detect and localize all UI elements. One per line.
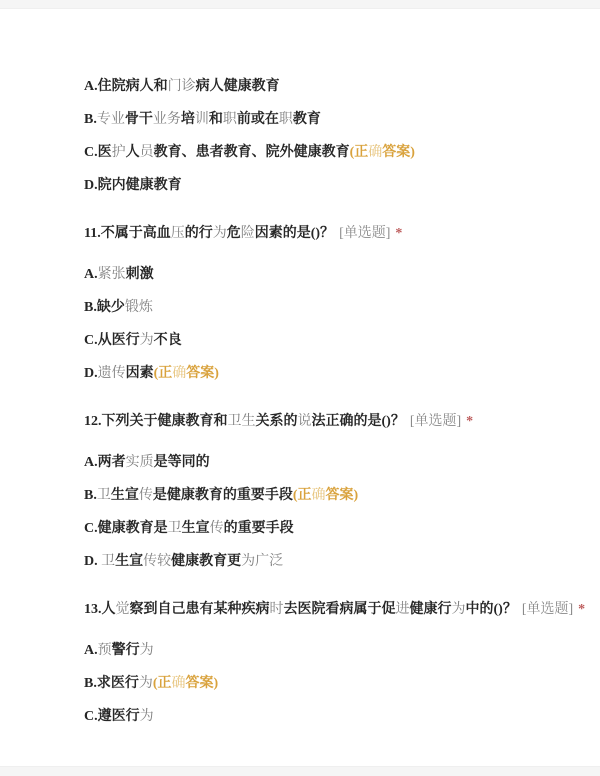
question-block: A.住院病人和门诊病人健康教育B.专业骨干业务培训和职前或在职教育C.医护人员教…	[84, 76, 572, 196]
text-segment: 紧张	[98, 267, 126, 282]
text-segment: 觉	[116, 602, 130, 617]
text-segment: A.两者	[84, 455, 126, 470]
option-row-a: A.两者实质是等同的	[84, 452, 572, 473]
correct-answer-tag: (正确答案)	[350, 145, 415, 160]
text-segment: 护	[112, 145, 126, 160]
option-row-d: D. 卫生宣传较健康教育更为广泛	[84, 551, 572, 572]
text-segment: 的重要手段	[224, 521, 294, 536]
text-segment: 是健康教育的重要手段	[153, 488, 293, 503]
text-segment: C.从医行	[84, 333, 140, 348]
text-segment: 为	[140, 709, 154, 724]
text-segment: 锻炼	[125, 300, 153, 315]
text-segment: 警行	[112, 643, 140, 658]
text-segment: D.院内健康教育	[84, 178, 182, 193]
text-segment: 为	[213, 226, 227, 241]
text-segment: 确	[172, 676, 186, 691]
text-segment: 刺激	[126, 267, 154, 282]
text-segment: B.求医行	[84, 676, 139, 691]
correct-answer-tag: (正确答案)	[154, 366, 219, 381]
text-segment: (正	[350, 145, 369, 160]
text-segment: 预	[98, 643, 112, 658]
question-block: 13.人觉察到自己患有某种疾病时去医院看病属于促进健康行为中的()？[单选题]*…	[84, 599, 572, 727]
text-segment: 骨干	[125, 112, 153, 127]
text-segment: 生宣	[182, 521, 210, 536]
option-row-d: D.遗传因素(正确答案)	[84, 363, 572, 384]
question-list: A.住院病人和门诊病人健康教育B.专业骨干业务培训和职前或在职教育C.医护人员教…	[84, 10, 572, 739]
text-segment: 为	[241, 554, 255, 569]
question-type-tag: [单选题]	[410, 414, 461, 429]
text-segment: 因素的是()？	[255, 226, 334, 241]
option-row-a: A.住院病人和门诊病人健康教育	[84, 76, 572, 97]
text-segment: 职	[279, 112, 293, 127]
text-segment: 传较	[143, 554, 171, 569]
text-segment: 答案)	[186, 676, 219, 691]
option-row-b: B.求医行为(正确答案)	[84, 673, 572, 694]
text-segment: 12.下列关于健康教育和	[84, 414, 228, 429]
text-segment: 时	[270, 602, 284, 617]
text-segment: 遗传	[98, 366, 126, 381]
text-segment: 法正确的是()？	[312, 414, 405, 429]
text-segment: 病人健康教育	[196, 79, 280, 94]
text-segment: C.健康教育是	[84, 521, 168, 536]
text-segment: A.	[84, 267, 98, 282]
text-segment: 职	[223, 112, 237, 127]
text-segment: 13.人	[84, 602, 116, 617]
text-segment: D.	[84, 554, 101, 569]
text-segment: B.	[84, 112, 97, 127]
text-segment: 因素	[126, 366, 154, 381]
required-asterisk: *	[578, 602, 585, 617]
text-segment: 卫	[97, 488, 111, 503]
text-segment: 健康教育更	[171, 554, 241, 569]
option-row-c: C.健康教育是卫生宣传的重要手段	[84, 518, 572, 539]
text-segment: 生宣	[115, 554, 143, 569]
option-row-a: A.紧张刺激	[84, 264, 572, 285]
text-segment: 实质	[126, 455, 154, 470]
text-segment: A.住院病人和	[84, 79, 168, 94]
question-title: 12.下列关于健康教育和卫生关系的说法正确的是()？[单选题]*	[84, 411, 572, 432]
text-segment: 为	[140, 333, 154, 348]
option-row-c: C.医护人员教育、患者教育、院外健康教育(正确答案)	[84, 142, 572, 163]
text-segment: 答案)	[186, 366, 219, 381]
text-segment: 答案)	[326, 488, 359, 503]
text-segment: 传	[210, 521, 224, 536]
required-asterisk: *	[466, 414, 473, 429]
text-segment: 和	[209, 112, 223, 127]
text-segment: 人	[126, 145, 140, 160]
question-title: 11.不属于高血压的行为危险因素的是()？[单选题]*	[84, 223, 572, 244]
text-segment: 专业	[97, 112, 125, 127]
option-row-b: B.专业骨干业务培训和职前或在职教育	[84, 109, 572, 130]
option-row-b: B.卫生宣传是健康教育的重要手段(正确答案)	[84, 485, 572, 506]
required-asterisk: *	[395, 226, 402, 241]
option-row-c: C.从医行为不良	[84, 330, 572, 351]
text-segment: B.	[84, 488, 97, 503]
text-segment: 教育、患者教育、院外健康教育	[154, 145, 350, 160]
text-segment: 确	[172, 366, 186, 381]
text-segment: 员	[140, 145, 154, 160]
text-segment: C.医	[84, 145, 112, 160]
text-segment: 培	[181, 112, 195, 127]
text-segment: 教育	[293, 112, 321, 127]
text-segment: 为	[140, 643, 154, 658]
option-row-b: B.缺少锻炼	[84, 297, 572, 318]
question-block: 11.不属于高血压的行为危险因素的是()？[单选题]*A.紧张刺激B.缺少锻炼C…	[84, 223, 572, 384]
text-segment: 不良	[154, 333, 182, 348]
text-segment: C.遵医行	[84, 709, 140, 724]
text-segment: 广泛	[255, 554, 283, 569]
text-segment: (正	[154, 366, 173, 381]
text-segment: A.	[84, 643, 98, 658]
text-segment: 确	[368, 145, 382, 160]
text-segment: 为	[452, 602, 466, 617]
question-type-tag: [单选题]	[522, 602, 573, 617]
option-row-c: C.遵医行为	[84, 706, 572, 727]
correct-answer-tag: (正确答案)	[153, 676, 218, 691]
text-segment: 危	[227, 226, 241, 241]
page-top-edge	[0, 0, 600, 9]
text-segment: 门诊	[168, 79, 196, 94]
text-segment: (正	[153, 676, 172, 691]
question-title: 13.人觉察到自己患有某种疾病时去医院看病属于促进健康行为中的()？[单选题]*	[84, 599, 572, 620]
text-segment: 卫	[101, 554, 115, 569]
option-row-a: A.预警行为	[84, 640, 572, 661]
text-segment: 进	[396, 602, 410, 617]
text-segment: 说	[298, 414, 312, 429]
correct-answer-tag: (正确答案)	[293, 488, 358, 503]
text-segment: (正	[293, 488, 312, 503]
text-segment: 去医院看病属于促	[284, 602, 396, 617]
text-segment: 答案)	[382, 145, 415, 160]
text-segment: 业务	[153, 112, 181, 127]
option-row-d: D.院内健康教育	[84, 175, 572, 196]
text-segment: 卫生	[228, 414, 256, 429]
text-segment: 关系的	[256, 414, 298, 429]
text-segment: 训	[195, 112, 209, 127]
text-segment: 险	[241, 226, 255, 241]
text-segment: 传	[139, 488, 153, 503]
text-segment: 健康行	[410, 602, 452, 617]
question-type-tag: [单选题]	[339, 226, 390, 241]
question-block: 12.下列关于健康教育和卫生关系的说法正确的是()？[单选题]*A.两者实质是等…	[84, 411, 572, 572]
text-segment: B.缺少	[84, 300, 125, 315]
text-segment: 察到自己患有某种疾病	[130, 602, 270, 617]
exam-document-page: A.住院病人和门诊病人健康教育B.专业骨干业务培训和职前或在职教育C.医护人员教…	[0, 0, 600, 776]
page-bottom-edge	[0, 766, 600, 776]
text-segment: 前或在	[237, 112, 279, 127]
text-segment: 卫	[168, 521, 182, 536]
text-segment: 中的()？	[466, 602, 517, 617]
text-segment: 11.不属于高血	[84, 226, 171, 241]
text-segment: 确	[312, 488, 326, 503]
text-segment: 是等同的	[154, 455, 210, 470]
text-segment: D.	[84, 366, 98, 381]
text-segment: 为	[139, 676, 153, 691]
text-segment: 压	[171, 226, 185, 241]
text-segment: 生宣	[111, 488, 139, 503]
text-segment: 的行	[185, 226, 213, 241]
